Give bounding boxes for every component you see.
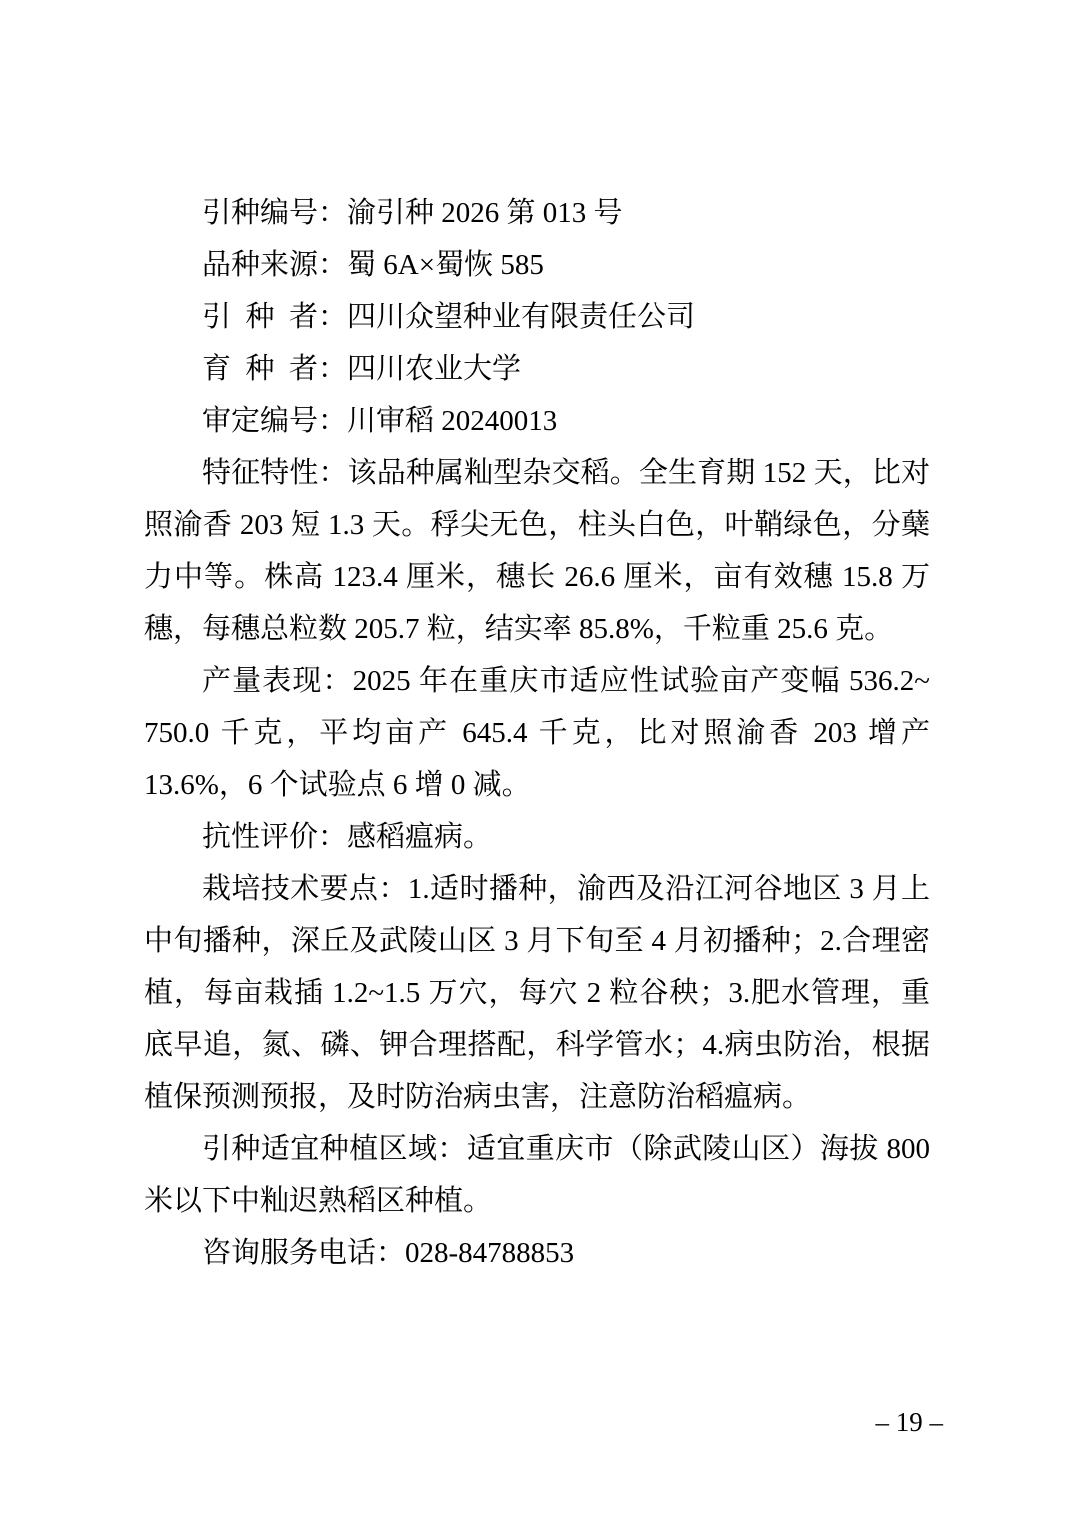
para-suitable-planting-area-label: 引种适宜种植区域： — [202, 1133, 467, 1165]
para-resistance-evaluation-text: 感稻瘟病。 — [347, 821, 492, 853]
para-characteristics-label: 特征特性： — [202, 457, 348, 489]
field-importer: 引 种 者：四川众望种业有限责任公司 — [144, 291, 930, 343]
field-importer-value: 四川众望种业有限责任公司 — [347, 301, 695, 333]
field-import-number-value: 渝引种 2026 第 013 号 — [347, 197, 623, 229]
field-import-number: 引种编号：渝引种 2026 第 013 号 — [144, 187, 930, 239]
para-cultivation-techniques-label: 栽培技术要点： — [202, 873, 408, 905]
field-breeder-label: 育 种 者： — [202, 353, 347, 385]
para-resistance-evaluation: 抗性评价：感稻瘟病。 — [144, 811, 930, 863]
field-importer-label: 引 种 者： — [202, 301, 347, 333]
page-number: – 19 – — [876, 1404, 944, 1440]
field-approval-number-label: 审定编号： — [202, 405, 347, 437]
para-cultivation-techniques-text: 1.适时播种，渝西及沿江河谷地区 3 月上中旬播种，深丘及武陵山区 3 月下旬至… — [144, 873, 930, 1113]
field-approval-number-value: 川审稻 20240013 — [347, 405, 557, 437]
field-breeder: 育 种 者：四川农业大学 — [144, 343, 930, 395]
para-yield-performance: 产量表现：2025 年在重庆市适应性试验亩产变幅 536.2~ 750.0 千克… — [144, 655, 930, 811]
para-suitable-planting-area: 引种适宜种植区域：适宜重庆市（除武陵山区）海拔 800 米以下中籼迟熟稻区种植。 — [144, 1123, 930, 1227]
field-breeder-value: 四川农业大学 — [347, 353, 521, 385]
para-yield-performance-label: 产量表现： — [202, 665, 353, 697]
document-page: 引种编号：渝引种 2026 第 013 号 品种来源：蜀 6A×蜀恢 585 引… — [0, 0, 1074, 1520]
field-import-number-label: 引种编号： — [202, 197, 347, 229]
field-variety-source-value: 蜀 6A×蜀恢 585 — [347, 249, 544, 281]
para-consultation-phone-label: 咨询服务电话： — [202, 1237, 405, 1269]
field-variety-source-label: 品种来源： — [202, 249, 347, 281]
para-consultation-phone-value: 028-84788853 — [405, 1237, 574, 1269]
para-consultation-phone: 咨询服务电话：028-84788853 — [144, 1227, 930, 1279]
para-cultivation-techniques: 栽培技术要点：1.适时播种，渝西及沿江河谷地区 3 月上中旬播种，深丘及武陵山区… — [144, 863, 930, 1123]
document-body: 引种编号：渝引种 2026 第 013 号 品种来源：蜀 6A×蜀恢 585 引… — [144, 187, 930, 1279]
field-variety-source: 品种来源：蜀 6A×蜀恢 585 — [144, 239, 930, 291]
para-resistance-evaluation-label: 抗性评价： — [202, 821, 347, 853]
field-approval-number: 审定编号：川审稻 20240013 — [144, 395, 930, 447]
para-characteristics: 特征特性：该品种属籼型杂交稻。全生育期 152 天，比对照渝香 203 短 1.… — [144, 447, 930, 655]
